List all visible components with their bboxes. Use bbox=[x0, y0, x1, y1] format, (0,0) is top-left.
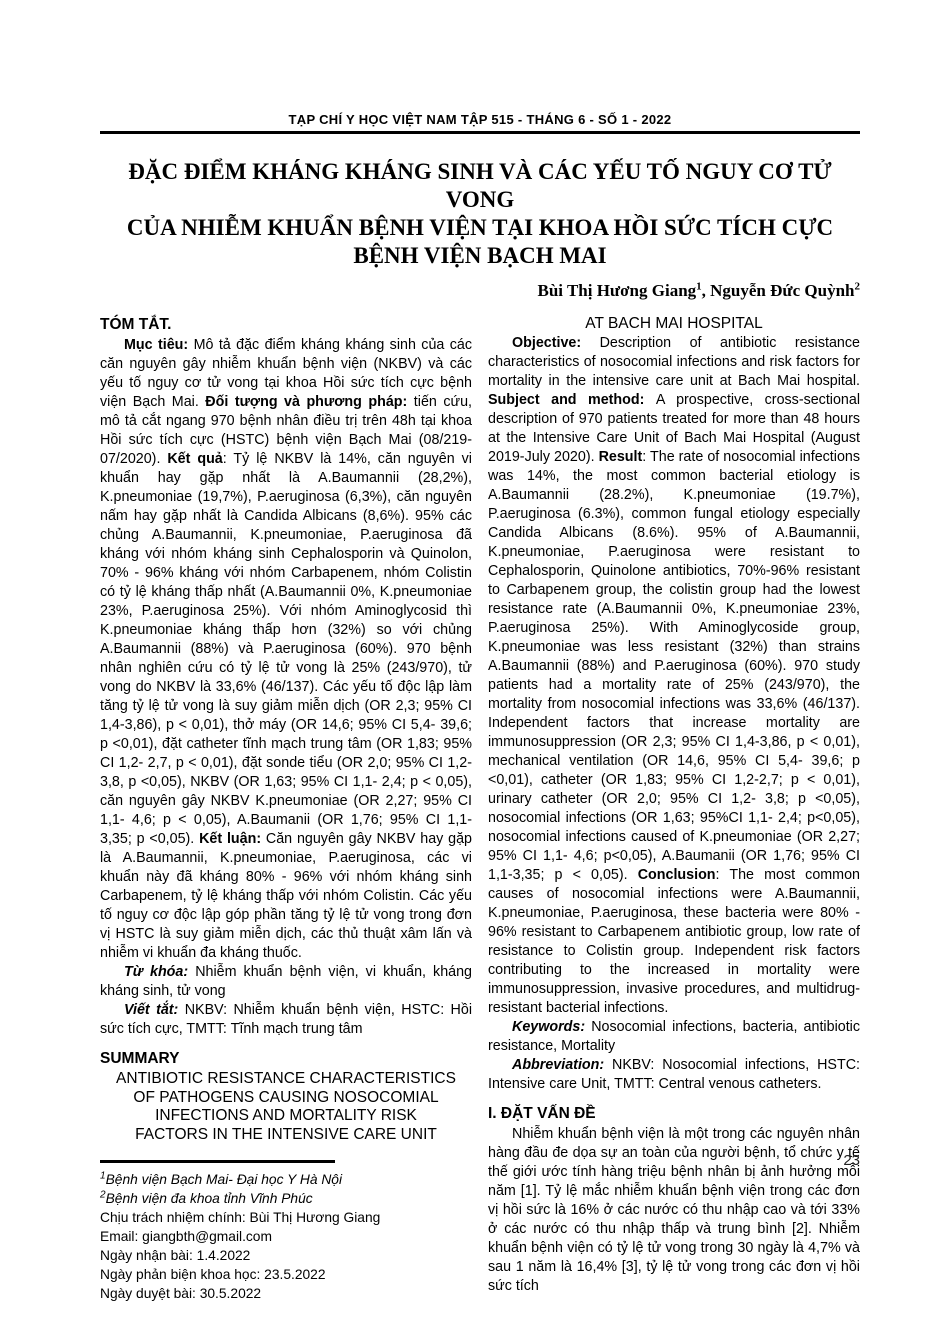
article-title-line-3: BỆNH VIỆN BẠCH MAI bbox=[100, 242, 860, 270]
accepted-date-line: Ngày duyệt bài: 30.5.2022 bbox=[100, 1284, 472, 1303]
article-title-line-2: CỦA NHIỄM KHUẨN BỆNH VIỆN TẠI KHOA HỒI S… bbox=[100, 214, 860, 242]
affiliation-2: 2Bệnh viện đa khoa tỉnh Vĩnh Phúc bbox=[100, 1189, 472, 1208]
summary-heading: SUMMARY bbox=[100, 1049, 472, 1068]
reviewed-date-line: Ngày phản biện khoa học: 23.5.2022 bbox=[100, 1265, 472, 1284]
article-title-line-1: ĐẶC ĐIỂM KHÁNG KHÁNG SINH VÀ CÁC YẾU TỐ … bbox=[100, 158, 860, 214]
page-number: 23 bbox=[843, 1152, 860, 1169]
received-date-line: Ngày nhận bài: 1.4.2022 bbox=[100, 1246, 472, 1265]
footnote-separator bbox=[100, 1160, 335, 1163]
english-title-line-2: OF PATHOGENS CAUSING NOSOCOMIAL bbox=[100, 1089, 472, 1108]
english-title-line-3: INFECTIONS AND MORTALITY RISK bbox=[100, 1107, 472, 1126]
two-column-body: TÓM TẮT. Mục tiêu: Mô tả đặc điểm kháng … bbox=[100, 315, 860, 1303]
vietnamese-keywords-paragraph: Từ khóa: Nhiễm khuẩn bệnh viện, vi khuẩn… bbox=[100, 963, 472, 1001]
vietnamese-abbreviations-paragraph: Viết tắt: NKBV: Nhiễm khuẩn bệnh viện, H… bbox=[100, 1001, 472, 1039]
corresponding-author-line: Chịu trách nhiệm chính: Bùi Thị Hương Gi… bbox=[100, 1208, 472, 1227]
english-title-block: ANTIBIOTIC RESISTANCE CHARACTERISTICS OF… bbox=[100, 1070, 472, 1144]
english-title-line-1: ANTIBIOTIC RESISTANCE CHARACTERISTICS bbox=[100, 1070, 472, 1089]
tom-tat-heading: TÓM TẮT. bbox=[100, 315, 472, 334]
journal-page: TẠP CHÍ Y HỌC VIỆT NAM TẬP 515 - THÁNG 6… bbox=[0, 0, 942, 1333]
right-column: AT BACH MAI HOSPITAL Objective: Descript… bbox=[488, 315, 860, 1303]
vietnamese-abstract-paragraph: Mục tiêu: Mô tả đặc điểm kháng kháng sin… bbox=[100, 336, 472, 963]
english-abbreviation-paragraph: Abbreviation: NKBV: Nosocomial infection… bbox=[488, 1056, 860, 1094]
english-title-line-4: FACTORS IN THE INTENSIVE CARE UNIT bbox=[100, 1126, 472, 1145]
left-column: TÓM TẮT. Mục tiêu: Mô tả đặc điểm kháng … bbox=[100, 315, 472, 1303]
article-title: ĐẶC ĐIỂM KHÁNG KHÁNG SINH VÀ CÁC YẾU TỐ … bbox=[100, 158, 860, 270]
english-keywords-paragraph: Keywords: Nosocomial infections, bacteri… bbox=[488, 1018, 860, 1056]
footnotes-block: 1Bệnh viện Bạch Mai- Đại học Y Hà Nội 2B… bbox=[100, 1170, 472, 1303]
affiliation-1: 1Bệnh viện Bạch Mai- Đại học Y Hà Nội bbox=[100, 1170, 472, 1189]
introduction-heading: I. ĐẶT VẤN ĐỀ bbox=[488, 1104, 860, 1123]
english-title-continuation: AT BACH MAI HOSPITAL bbox=[488, 315, 860, 334]
introduction-paragraph: Nhiễm khuẩn bệnh viện là một trong các n… bbox=[488, 1125, 860, 1296]
email-line: Email: giangbth@gmail.com bbox=[100, 1227, 472, 1246]
header-rule bbox=[100, 131, 860, 134]
journal-header-line: TẠP CHÍ Y HỌC VIỆT NAM TẬP 515 - THÁNG 6… bbox=[100, 112, 860, 128]
english-abstract-paragraph: Objective: Description of antibiotic res… bbox=[488, 334, 860, 1018]
authors-line: Bùi Thị Hương Giang1, Nguyễn Đức Quỳnh2 bbox=[100, 280, 860, 301]
